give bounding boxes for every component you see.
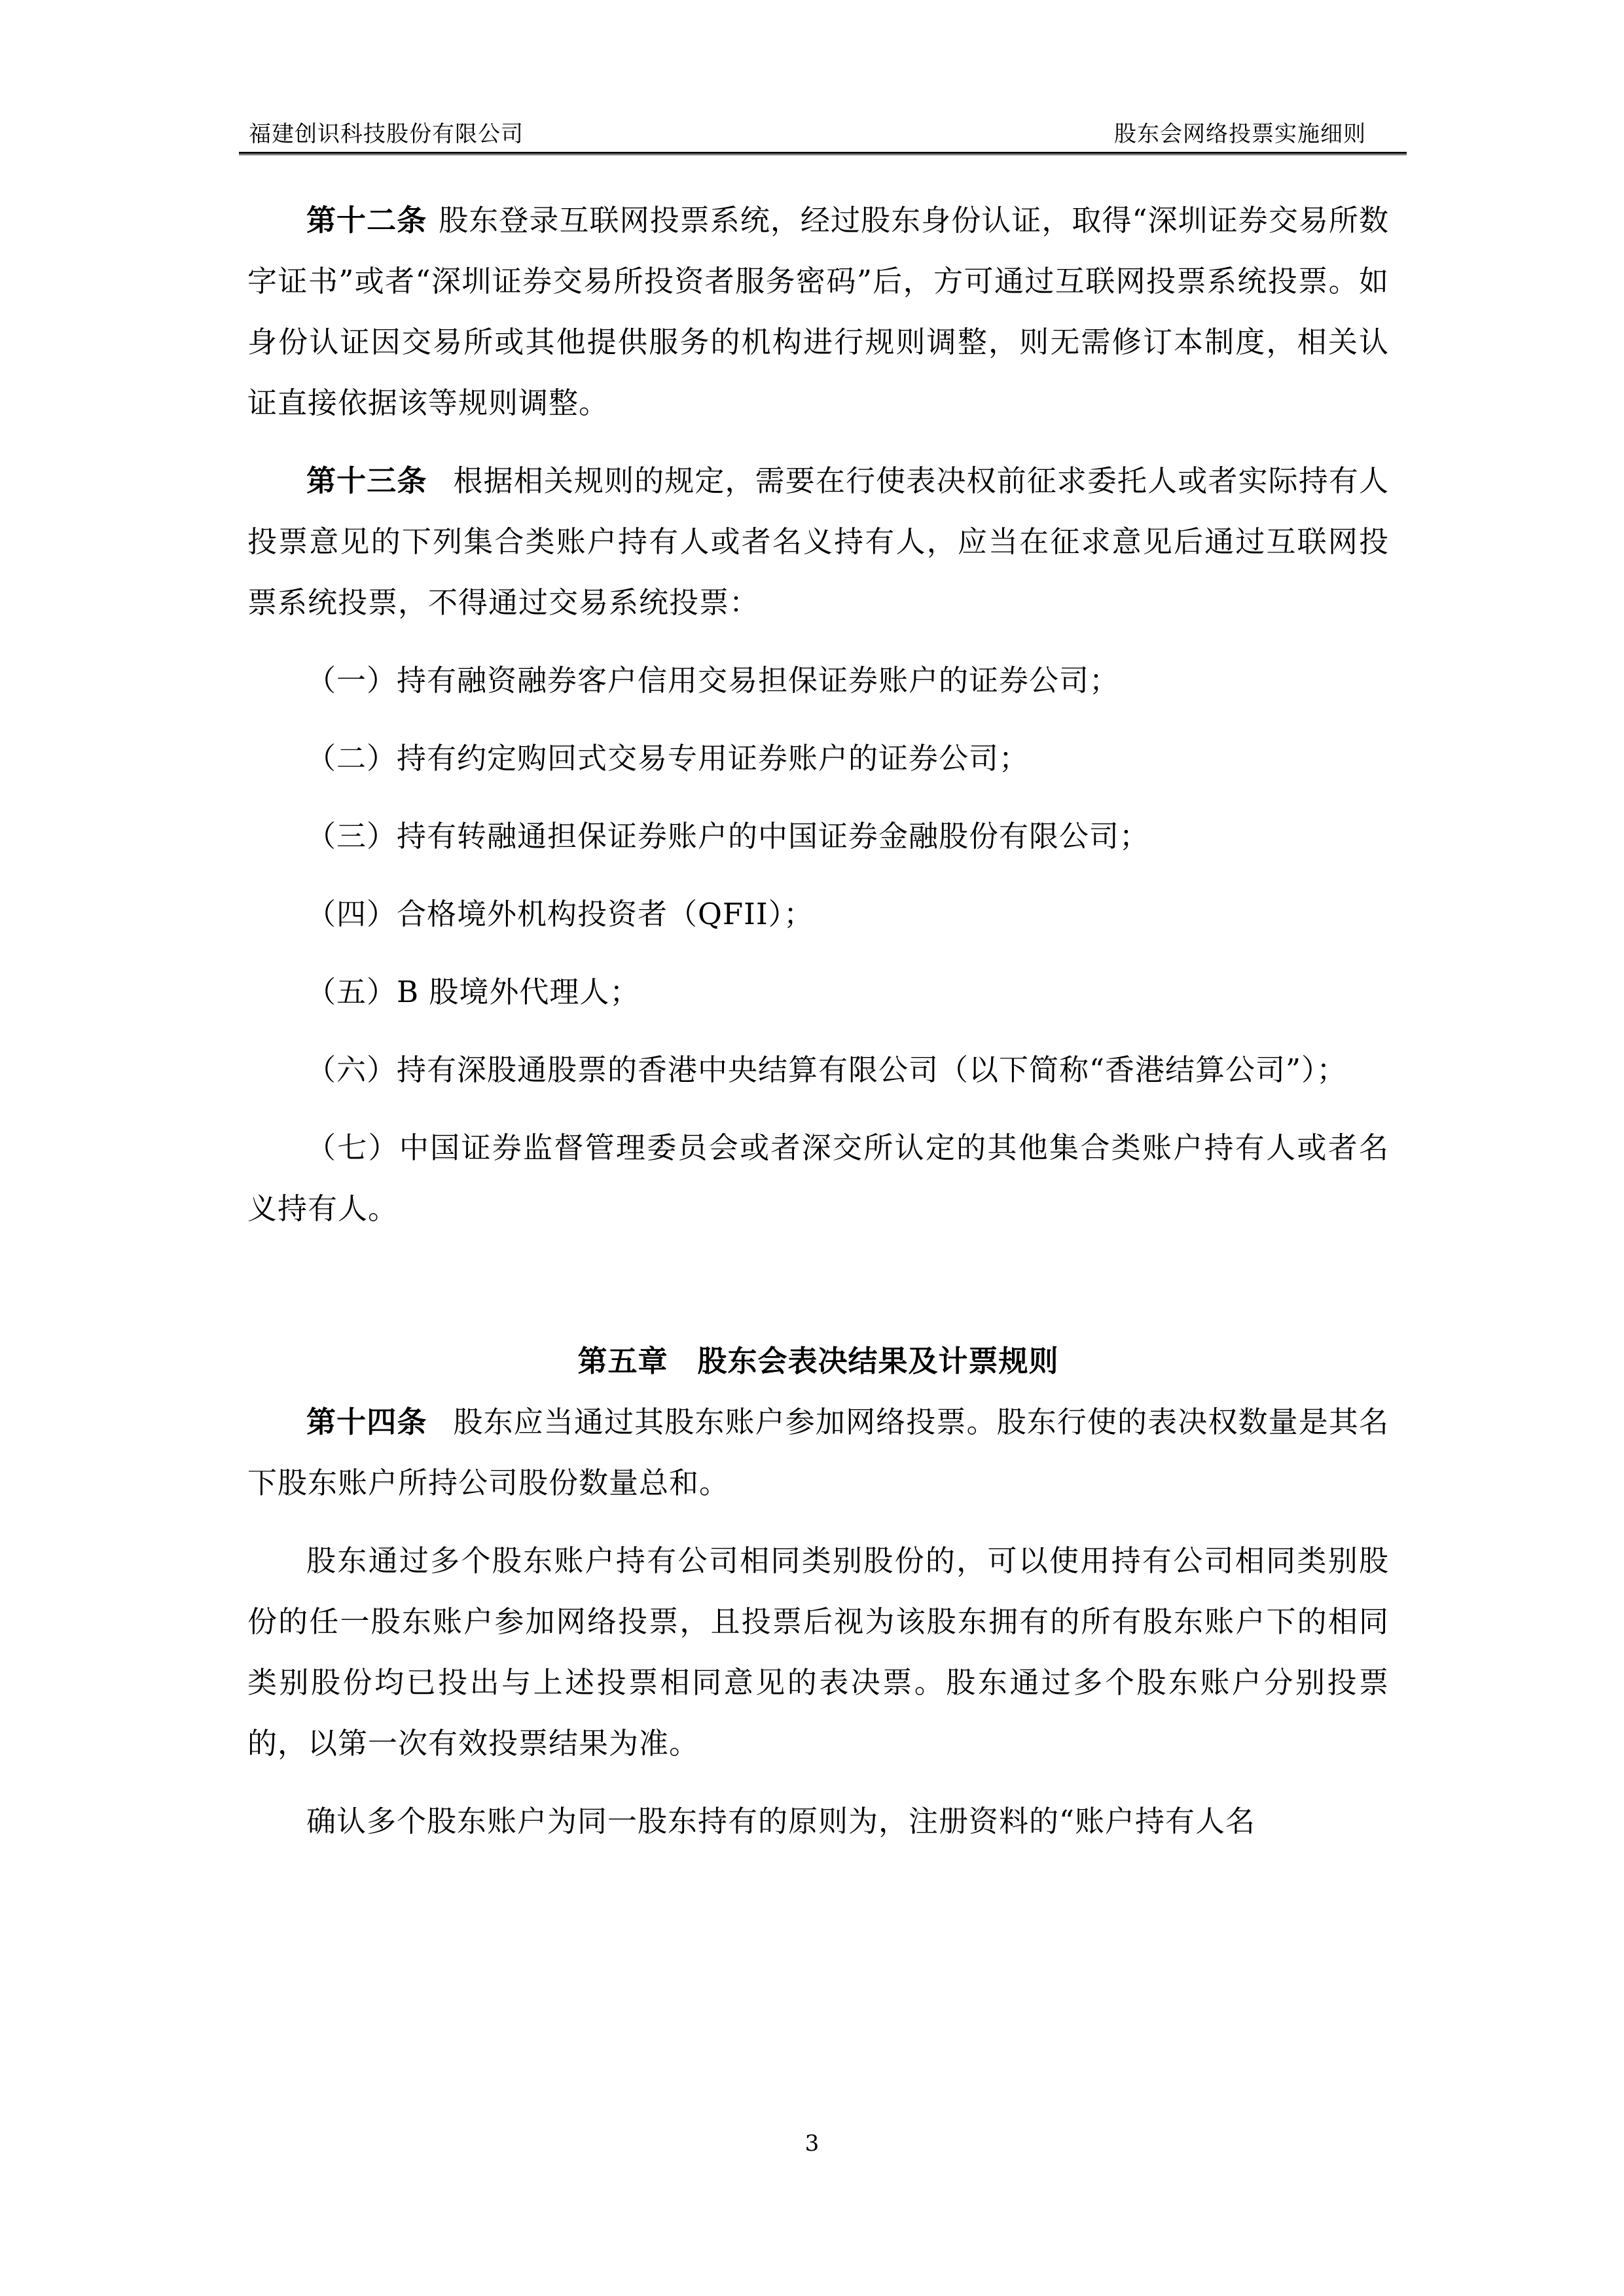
list-item: （二）持有约定购回式交易专用证券账户的证券公司； [247, 728, 1389, 789]
list-item: （三）持有转融通担保证券账户的中国证券金融股份有限公司； [247, 806, 1389, 867]
article-number: 第十二条 [306, 203, 427, 238]
list-item: （六）持有深股通股票的香港中央结算有限公司（以下简称“香港结算公司”）； [247, 1039, 1389, 1100]
page-header: 福建创识科技股份有限公司 股东会网络投票实施细则 [239, 118, 1405, 157]
list-item: （五）B 股境外代理人； [247, 961, 1389, 1022]
chapter-title-text: 股东会表决结果及计票规则 [698, 1344, 1059, 1378]
header-company-name: 福建创识科技股份有限公司 [249, 118, 524, 151]
article-number: 第十三条 [306, 463, 427, 498]
chapter-number: 第五章 [577, 1344, 668, 1378]
paragraph: 股东通过多个股东账户持有公司相同类别股份的，可以使用持有公司相同类别股份的任一股… [247, 1530, 1389, 1774]
header-document-title: 股东会网络投票实施细则 [1114, 118, 1366, 151]
list-item: （七）中国证券监督管理委员会或者深交所认定的其他集合类账户持有人或者名义持有人。 [247, 1117, 1389, 1239]
chapter-heading: 第五章股东会表决结果及计票规则 [247, 1331, 1389, 1391]
paragraph: 确认多个股东账户为同一股东持有的原则为，注册资料的“账户持有人名 [247, 1791, 1389, 1852]
document-body: 第十二条股东登录互联网投票系统，经过股东身份认证，取得“深圳证券交易所数字证书”… [247, 190, 1389, 1869]
page-number: 3 [0, 2130, 1624, 2157]
list-item: （四）合格境外机构投资者（QFII）； [247, 884, 1389, 944]
article-12: 第十二条股东登录互联网投票系统，经过股东身份认证，取得“深圳证券交易所数字证书”… [247, 190, 1389, 433]
header-divider [239, 152, 1407, 155]
article-13: 第十三条根据相关规则的规定，需要在行使表决权前征求委托人或者实际持有人投票意见的… [247, 450, 1389, 633]
article-number: 第十四条 [306, 1405, 427, 1439]
list-item: （一）持有融资融券客户信用交易担保证券账户的证券公司； [247, 650, 1389, 711]
article-14: 第十四条股东应当通过其股东账户参加网络投票。股东行使的表决权数量是其名下股东账户… [247, 1391, 1389, 1513]
